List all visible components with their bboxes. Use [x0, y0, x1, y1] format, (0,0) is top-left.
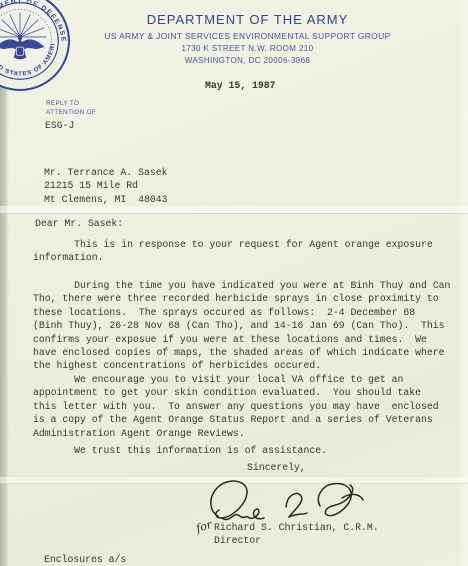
signer-title: Director: [214, 534, 261, 547]
office-symbol: ESG-J: [45, 119, 74, 132]
closing-sincerely: Sincerely,: [247, 461, 306, 474]
body-paragraph-3: We encourage you to visit your local VA …: [33, 373, 465, 440]
body-paragraph-4: We trust this information is of assistan…: [33, 444, 465, 457]
reply-to-line2: ATTENTION OF: [46, 109, 96, 118]
scanned-letter-page: DEPARTMENT OF DEFENSE UNITED STATES OF A…: [0, 0, 468, 566]
body-paragraph-2: During the time you have indicated you w…: [33, 279, 465, 373]
reply-to-label: REPLY TO ATTENTION OF: [46, 100, 96, 117]
letterhead-street-address: 1730 K STREET N.W. ROOM 210: [95, 44, 400, 53]
reply-to-line1: REPLY TO: [46, 100, 96, 109]
salutation: Dear Mr. Sasek:: [35, 217, 123, 230]
signer-name: Richard S. Christian, C.R.M.: [214, 521, 379, 534]
letter-date: May 15, 1987: [205, 79, 276, 92]
letterhead-department: DEPARTMENT OF THE ARMY: [95, 12, 400, 27]
body-paragraph-1: This is in response to your request for …: [33, 238, 465, 265]
recipient-address-block: Mr. Terrance A. Sasek 21215 15 Mile Rd M…: [44, 166, 167, 206]
department-of-defense-seal-icon: DEPARTMENT OF DEFENSE UNITED STATES OF A…: [0, 0, 71, 92]
letterhead-organization: US ARMY & JOINT SERVICES ENVIRONMENTAL S…: [95, 31, 400, 41]
paper-fold-line: [0, 206, 468, 214]
enclosures-note: Enclosures a/s: [44, 553, 126, 566]
letterhead: DEPARTMENT OF THE ARMY US ARMY & JOINT S…: [95, 12, 400, 65]
letterhead-city-address: WASHINGTON, DC 20006-3868: [95, 56, 400, 65]
